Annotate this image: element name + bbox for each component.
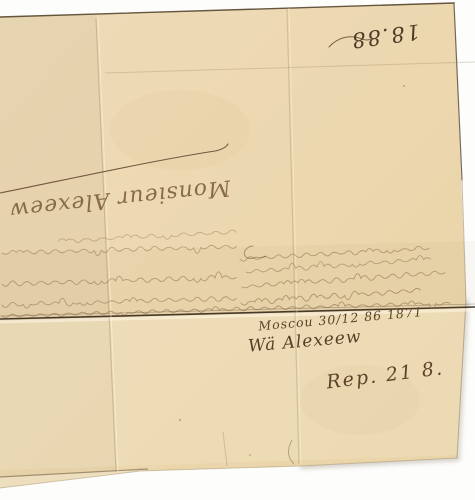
letter-scan: 18.88 Monsieur Alexeew Moscou 30/12 86 1… <box>0 0 475 500</box>
paper-sheet <box>0 0 475 500</box>
